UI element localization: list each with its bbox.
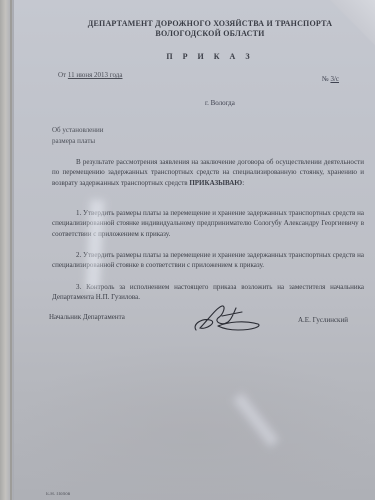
department-line-2: ВОЛОГОДСКОЙ ОБЛАСТИ [60,29,360,39]
department-header: ДЕПАРТАМЕНТ ДОРОЖНОГО ХОЗЯЙСТВА И ТРАНСП… [60,19,360,39]
date-value: 11 июня 2013 года [68,71,123,79]
glass-haze [14,340,375,500]
subject-line-1: Об установлении [52,125,104,136]
number-value: 3/с [330,75,339,83]
document-number: № 3/с [322,75,339,83]
intro-paragraph: В результате рассмотрения заявления на з… [52,157,364,188]
handwritten-signature-icon [188,300,268,336]
department-line-1: ДЕПАРТАМЕНТ ДОРОЖНОГО ХОЗЯЙСТВА И ТРАНСП… [60,19,360,29]
document-date: От 11 июня 2013 года [58,71,122,79]
signatory-name: А.Е. Гуслинский [298,316,348,324]
order-keyword: ПРИКАЗЫВАЮ [189,179,242,187]
subject-line-2: размера платы [52,136,104,147]
frame-line [10,0,12,500]
document-type-title: П Р И К А З [60,52,360,61]
number-prefix: № [322,75,329,83]
signatory-role: Начальник Департамента [49,313,125,321]
date-prefix: От [58,71,66,79]
document-subject: Об установлении размера платы [52,125,104,147]
intro-end: : [242,179,244,187]
executor-note: Е.Н. Попов [46,492,70,497]
document-city: г. Вологда [205,99,235,107]
